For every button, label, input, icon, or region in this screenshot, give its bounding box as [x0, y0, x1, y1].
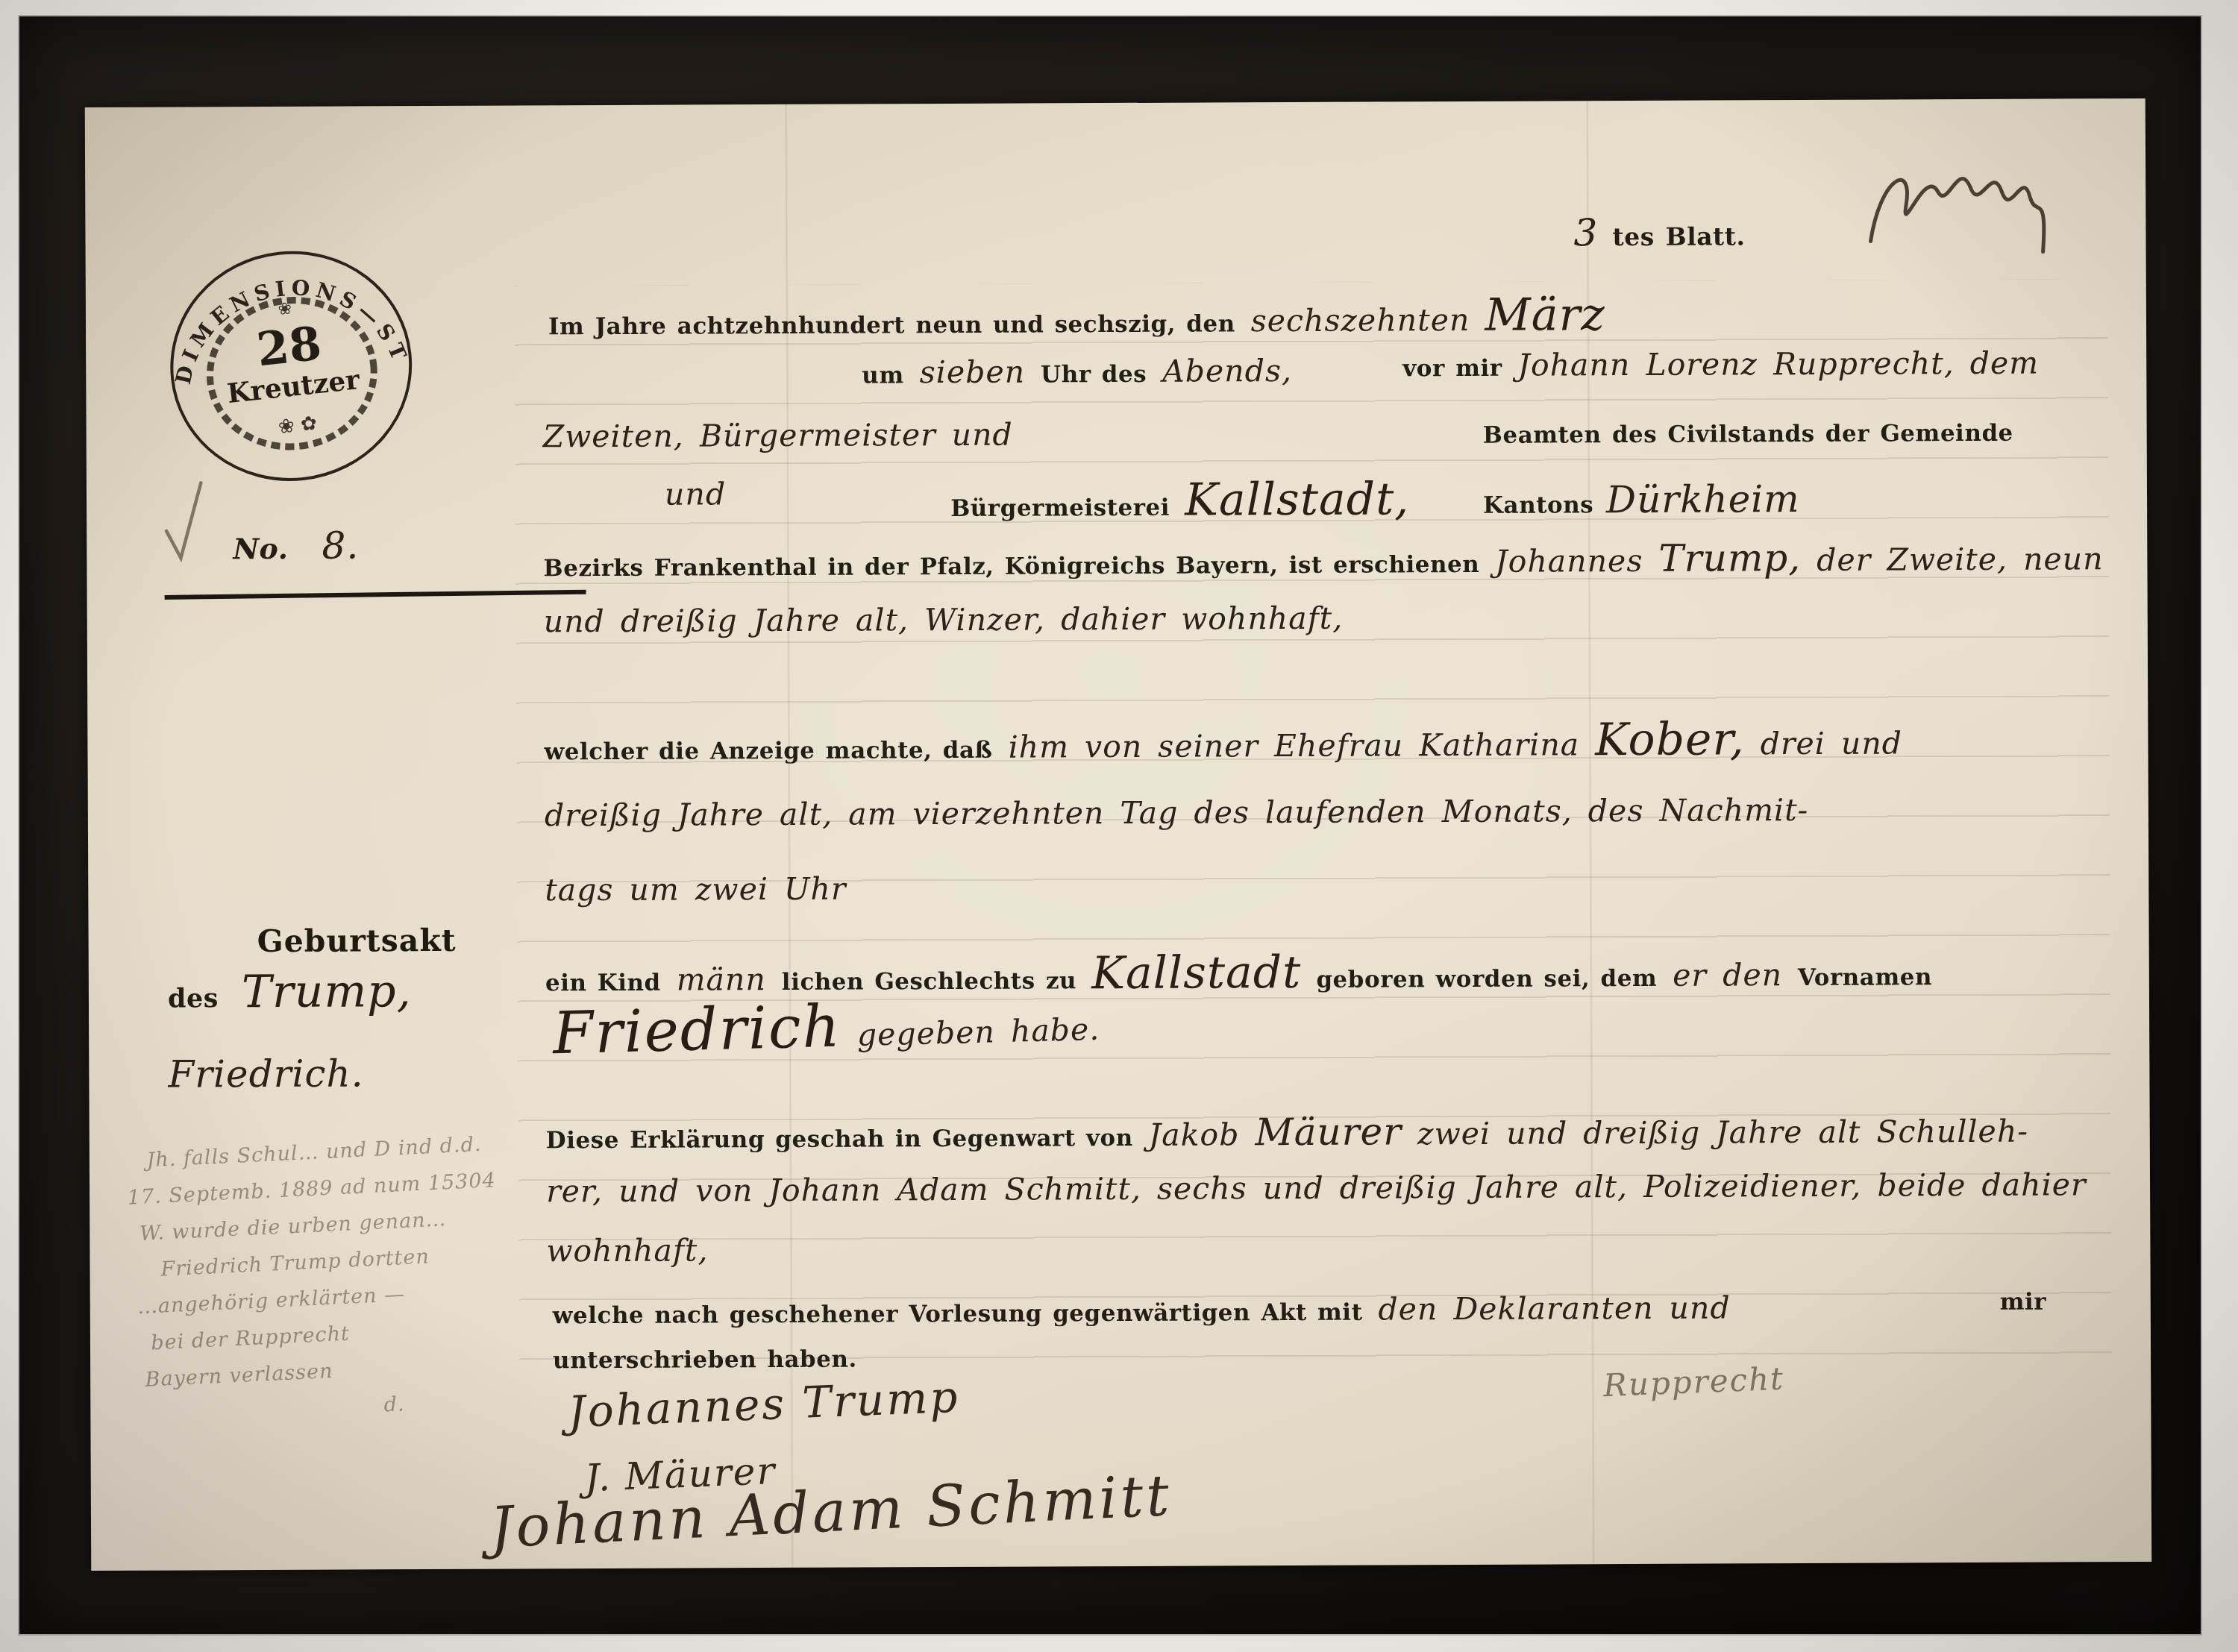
closing-line-2-seg-0: unterschrieben haben. [553, 1346, 857, 1375]
pencil-note-line-3: Friedrich Trump dortten [160, 1242, 500, 1281]
marginal-pencil-note: Jh. falls Schul… und D ind d.d.17. Septe… [125, 1132, 508, 1442]
child-sex-line-seg-5: er den [1657, 957, 1798, 993]
notification-line-seg-3: drei und [1745, 725, 1903, 761]
sheet-number-hand: 3 [1573, 211, 1598, 254]
deputy-line-seg-0: Zweiten, Bürgermeister und [543, 417, 1013, 455]
sheet-suffix-print: tes Blatt. [1612, 222, 1745, 251]
witnesses-line-2: rer, und von Johann Adam Schmitt, sechs … [546, 1166, 2087, 1209]
act-number-hand: 8. [322, 524, 359, 567]
margin-surname-line: des Trump, [168, 965, 412, 1018]
closing-line-1: welche nach geschehener Vorlesung gegenw… [553, 1290, 1731, 1331]
margin-givenname-line: Friedrich. [168, 1052, 363, 1096]
witnesses-line-2-seg-0: rer, und von Johann Adam Schmitt, sechs … [546, 1166, 2087, 1209]
time-line: um sieben Uhr des Abends, [862, 353, 1292, 391]
birth-time-line-seg-0: tags um zwei Uhr [545, 871, 846, 908]
notification-line-seg-2: Kober, [1595, 713, 1745, 766]
child-name-line-seg-0: Friedrich [552, 993, 842, 1068]
stamp-ornament-bottom: ❀ ✿ [278, 412, 319, 439]
notification-line-seg-0: welcher die Anzeige machte, daß [544, 737, 992, 766]
declarant-age-line-seg-0: und dreißig Jahre alt, Winzer, dahier wo… [544, 600, 1344, 640]
closing-mir: mir [2000, 1289, 2047, 1316]
stamp-ornament-top: ❀ [277, 299, 292, 319]
witnesses-line-1-seg-2: Mäurer [1255, 1110, 1402, 1154]
margin-givenname-hand: Friedrich. [168, 1052, 363, 1096]
und-line: und [665, 476, 726, 512]
margin-surname-hand: Trump, [242, 965, 412, 1018]
civil-registrar-line: Beamten des Civilstands der Gemeinde [1483, 420, 2013, 449]
witnesses-line-3: wohnhaft, [546, 1232, 708, 1269]
witnesses-line-1-seg-1: Jakob [1133, 1116, 1256, 1153]
deputy-line: Zweiten, Bürgermeister und [543, 417, 1013, 455]
child-sex-line: ein Kind männ lichen Geschlechts zu Kall… [545, 943, 1932, 1002]
birth-time-line: tags um zwei Uhr [545, 871, 846, 908]
official-name-line: vor mir Johann Lorenz Rupprecht, dem [1402, 345, 2039, 384]
signature-johannes-trump: Johannes Trump [567, 1372, 960, 1438]
und-line-seg-0: und [665, 476, 726, 512]
signature-johannes-trump-seg-0: Johannes Trump [567, 1372, 960, 1438]
declarant-line-seg-1: Johannes [1479, 543, 1658, 580]
time-line-seg-1: sieben [904, 354, 1041, 390]
pencil-note-line-0: Jh. falls Schul… und D ind d.d. [146, 1132, 495, 1172]
pencil-note-line-2: W. wurde die urben genan… [140, 1205, 498, 1246]
kanton-line-seg-1: Dürkheim [1593, 477, 1800, 521]
child-sex-line-seg-0: ein Kind [545, 970, 661, 997]
pencil-note-line-5: bei der Rupprecht [151, 1315, 504, 1355]
child-sex-line-seg-3: Kallstadt [1076, 946, 1317, 999]
closing-line-2: unterschrieben haben. [553, 1346, 857, 1375]
kanton-line: Kantons Dürkheim [1483, 477, 1800, 522]
sheet-label: 3 tes Blatt. [1573, 210, 1745, 254]
mother-age-line-seg-0: dreißig Jahre alt, am vierzehnten Tag de… [545, 792, 1809, 833]
declarant-line-seg-2: Trump, [1658, 536, 1801, 580]
pencil-check-icon [156, 476, 216, 570]
witnesses-line-1-seg-3: zwei und dreißig Jahre alt Schulleh- [1402, 1114, 2028, 1152]
declarant-line-seg-3: der Zweite, neun [1801, 541, 2104, 578]
time-line-seg-2: Uhr des [1041, 361, 1147, 389]
pencil-note-line-6: Bayern verlassen [145, 1351, 505, 1392]
notification-line: welcher die Anzeige machte, daß ihm von … [544, 712, 1902, 770]
child-sex-line-seg-4: geboren worden sei, dem [1316, 965, 1657, 993]
pencil-note-line-4: …angehörig erklärten — [137, 1278, 501, 1319]
closing-line-1-seg-1: den Deklaranten und [1362, 1290, 1730, 1327]
framed-birth-certificate-photo: { "palette":{"paper":"#e4dbc8","mat":"#1… [0, 0, 2238, 1652]
buergermeisterei-line: Bürgermeisterei Kallstadt, [950, 473, 1410, 527]
child-name-line-seg-1: gegeben habe. [841, 1011, 1100, 1054]
mother-age-line: dreißig Jahre alt, am vierzehnten Tag de… [545, 792, 1809, 833]
declarant-age-line: und dreißig Jahre alt, Winzer, dahier wo… [544, 600, 1344, 640]
stamp-value: 28 [254, 316, 325, 377]
act-number-label: No. 8. [233, 524, 359, 568]
act-number-print: No. [233, 532, 288, 565]
year-date-line: Im Jahre achtzehnhundert neun und sechsz… [548, 289, 1605, 345]
margin-des-print: des [168, 983, 219, 1014]
margin-heading-text: Geburtsakt [257, 923, 457, 959]
ink-flourish [1859, 143, 2106, 293]
margin-divider-rule [165, 590, 586, 600]
signature-rupprecht-pencil: Rupprecht [1602, 1360, 1785, 1404]
child-sex-line-seg-6: Vornamen [1798, 964, 1932, 991]
birth-certificate-sheet: DIMENSIONS—STEMPEL ❀ 28 Kreutzer ❀ ✿ No.… [85, 98, 2152, 1571]
official-name-line-seg-0: vor mir [1402, 355, 1502, 383]
witnesses-line-3-seg-0: wohnhaft, [546, 1232, 708, 1269]
time-line-seg-3: Abends, [1147, 353, 1292, 389]
notification-line-seg-1: ihm von seiner Ehefrau Katharina [992, 726, 1595, 765]
declarant-line-seg-0: Bezirks Frankenthal in der Pfalz, Königr… [543, 551, 1479, 582]
official-name-line-seg-1: Johann Lorenz Rupprecht, dem [1502, 345, 2039, 383]
revenue-stamp: DIMENSIONS—STEMPEL ❀ 28 Kreutzer ❀ ✿ [144, 225, 439, 506]
child-name-line: Friedrich gegeben habe. [552, 987, 1100, 1068]
kanton-line-seg-0: Kantons [1483, 491, 1593, 519]
witnesses-line-1: Diese Erklärung geschah in Gegenwart von… [546, 1108, 2029, 1158]
margin-heading: Geburtsakt [257, 923, 457, 959]
declarant-line: Bezirks Frankenthal in der Pfalz, Königr… [543, 535, 2103, 585]
buergermeisterei-line-seg-0: Bürgermeisterei [950, 494, 1170, 522]
stamp-currency: Kreutzer [225, 364, 362, 409]
closing-mir-seg-0: mir [2000, 1289, 2047, 1316]
witnesses-line-1-seg-0: Diese Erklärung geschah in Gegenwart von [546, 1125, 1133, 1154]
civil-registrar-line-seg-0: Beamten des Civilstands der Gemeinde [1483, 420, 2013, 449]
signature-rupprecht-pencil-seg-0: Rupprecht [1602, 1360, 1785, 1404]
time-line-seg-0: um [862, 362, 904, 389]
child-sex-line-seg-1: männ [661, 961, 782, 998]
year-date-line-seg-1: sechszehnten [1235, 302, 1470, 339]
buergermeisterei-line-seg-1: Kallstadt, [1170, 473, 1410, 526]
year-date-line-seg-2: März [1470, 289, 1605, 342]
pencil-note-line-7: d. [383, 1388, 507, 1417]
closing-line-1-seg-0: welche nach geschehener Vorlesung gegenw… [553, 1299, 1363, 1330]
year-date-line-seg-0: Im Jahre achtzehnhundert neun und sechsz… [548, 310, 1235, 340]
pencil-note-line-1: 17. Septemb. 1889 ad num 15304 [127, 1169, 496, 1210]
